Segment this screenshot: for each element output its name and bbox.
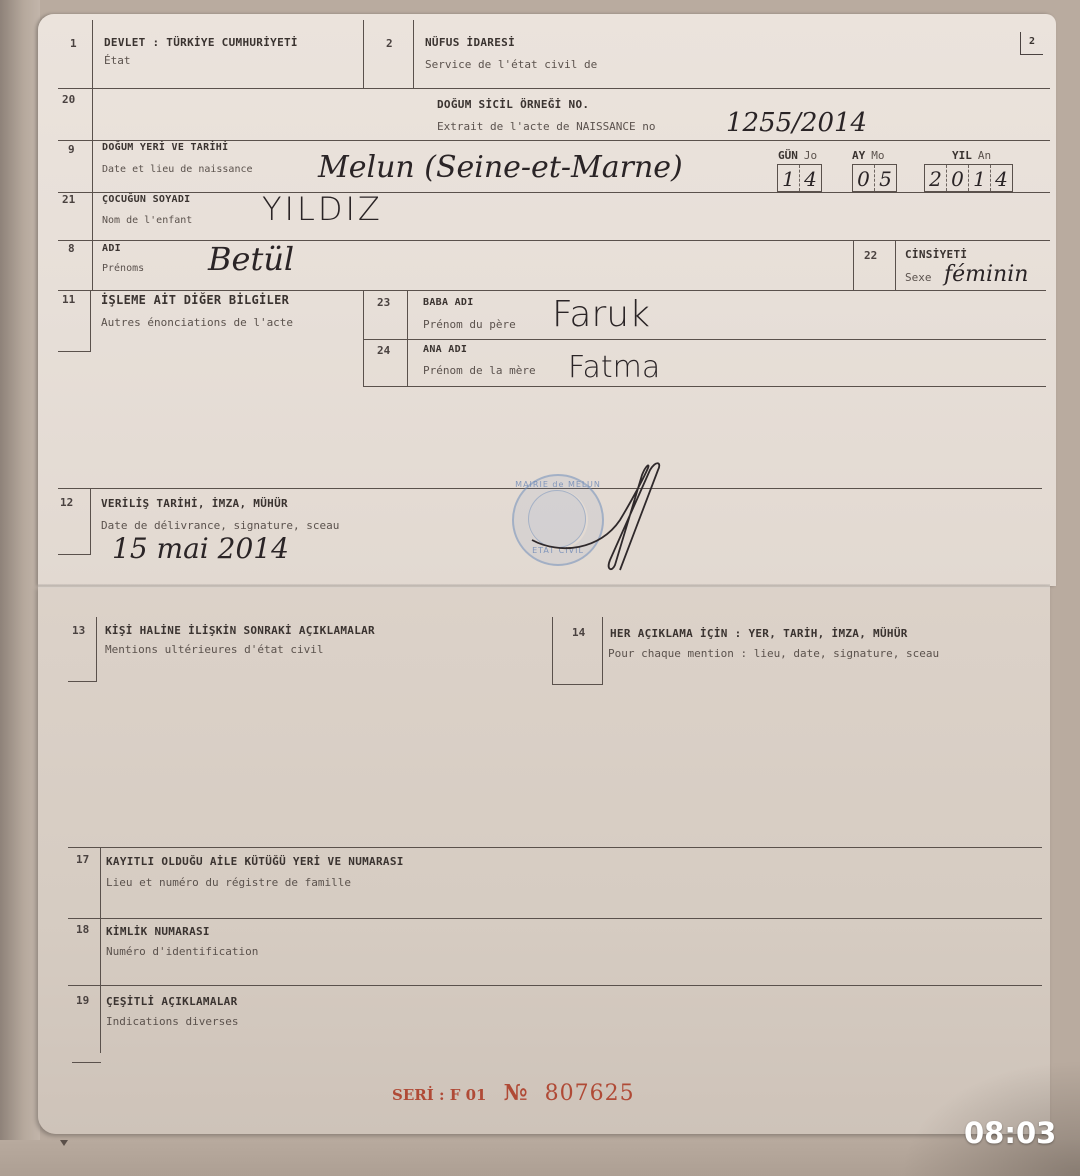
field-9-number: 9 bbox=[68, 143, 75, 156]
field-20-extract-number: 1255/2014 bbox=[726, 108, 867, 138]
field-12-number: 12 bbox=[60, 496, 73, 509]
rule bbox=[363, 20, 364, 88]
signature-icon bbox=[520, 460, 670, 575]
field-9-birth-label-fr: Date et lieu de naissance bbox=[102, 164, 253, 175]
field-8-firstname-label-fr: Prénoms bbox=[102, 263, 144, 274]
field-17-family-register-label-fr: Lieu et numéro du régistre de famille bbox=[106, 876, 351, 889]
field-22-sex-value: féminin bbox=[944, 262, 1028, 287]
field-14-number: 14 bbox=[572, 626, 585, 639]
field-12-issue-label-fr: Date de délivrance, signature, sceau bbox=[101, 519, 339, 532]
field-2-registry-label-fr: Service de l'état civil de bbox=[425, 58, 597, 71]
field-24-mother-label-tr: ANA ADI bbox=[423, 344, 467, 355]
birth-day-digit: 4 bbox=[800, 165, 821, 191]
rule bbox=[58, 290, 1046, 291]
rule bbox=[413, 20, 414, 88]
field-8-firstname-label-tr: ADI bbox=[102, 243, 121, 254]
serial-number: SERİ : F 01 № 807625 bbox=[392, 1080, 635, 1106]
field-9-birth-label-tr: DOĞUM YERİ VE TARİHİ bbox=[102, 142, 228, 153]
paper-mark bbox=[60, 1140, 68, 1146]
field-19-misc-label-fr: Indications diverses bbox=[106, 1015, 238, 1028]
numero-sign-icon: № bbox=[504, 1080, 528, 1106]
field-22-number: 22 bbox=[864, 249, 877, 262]
field-19-number: 19 bbox=[76, 994, 89, 1007]
rule bbox=[363, 339, 1046, 340]
birth-month-box: 0 5 bbox=[852, 164, 897, 192]
field-1-state-label-fr: État bbox=[104, 54, 131, 67]
birth-month-digit: 5 bbox=[875, 165, 896, 191]
field-21-surname-label-fr: Nom de l'enfant bbox=[102, 215, 192, 226]
field-20-number: 20 bbox=[62, 93, 75, 106]
birth-month-digit: 0 bbox=[853, 165, 875, 191]
field-23-number: 23 bbox=[377, 296, 390, 309]
rule bbox=[552, 684, 603, 685]
field-14-per-mention-label-tr: HER AÇIKLAMA İÇİN : YER, TARİH, İMZA, MÜ… bbox=[610, 627, 908, 640]
field-8-firstname-value: Betül bbox=[208, 240, 294, 278]
rule bbox=[92, 140, 93, 192]
paper-fold bbox=[38, 584, 1050, 588]
rule bbox=[58, 192, 1050, 193]
rule bbox=[72, 1062, 101, 1063]
rule bbox=[407, 290, 408, 386]
field-23-father-value: Faruk bbox=[552, 294, 650, 335]
field-21-surname-value: YILDIZ bbox=[262, 190, 383, 228]
field-19-misc-label-tr: ÇEŞİTLİ AÇIKLAMALAR bbox=[106, 995, 238, 1008]
birth-year-box: 2 0 1 4 bbox=[924, 164, 1013, 192]
field-17-number: 17 bbox=[76, 853, 89, 866]
serial-value: 807625 bbox=[545, 1081, 635, 1106]
field-20-extract-label-fr: Extrait de l'acte de NAISSANCE no bbox=[437, 120, 656, 133]
rule bbox=[363, 290, 364, 386]
field-17-family-register-label-tr: KAYITLI OLDUĞU AİLE KÜTÜĞÜ YERİ VE NUMAR… bbox=[106, 855, 404, 868]
field-13-number: 13 bbox=[72, 624, 85, 637]
serial-label: SERİ : F 01 bbox=[392, 1086, 486, 1104]
rule bbox=[853, 240, 854, 290]
birth-year-digit: 1 bbox=[969, 165, 991, 191]
field-8-number: 8 bbox=[68, 242, 75, 255]
year-label: YILAn bbox=[952, 149, 991, 162]
month-label: AYMo bbox=[852, 149, 885, 162]
field-22-sex-label-tr: CİNSİYETİ bbox=[905, 248, 967, 261]
field-21-surname-label-tr: ÇOCUĞUN SOYADI bbox=[102, 194, 191, 205]
rule bbox=[68, 918, 1042, 919]
field-24-number: 24 bbox=[377, 344, 390, 357]
field-18-id-number-label-fr: Numéro d'identification bbox=[106, 945, 258, 958]
field-12-issue-date: 15 mai 2014 bbox=[112, 532, 289, 565]
rule bbox=[92, 88, 93, 140]
rule bbox=[90, 488, 91, 554]
field-22-sex-label-fr: Sexe bbox=[905, 271, 932, 284]
birth-day-digit: 1 bbox=[778, 165, 800, 191]
field-18-id-number-label-tr: KİMLİK NUMARASI bbox=[106, 925, 210, 938]
field-2-number: 2 bbox=[386, 37, 393, 50]
field-24-mother-label-fr: Prénom de la mère bbox=[423, 364, 536, 377]
field-11-other-label-tr: İŞLEME AİT DİĞER BİLGİLER bbox=[101, 293, 289, 307]
field-1-number: 1 bbox=[70, 37, 77, 50]
rule bbox=[92, 20, 93, 88]
rule bbox=[58, 240, 1050, 241]
field-24-mother-value: Fatma bbox=[568, 350, 660, 385]
rule bbox=[552, 617, 553, 684]
field-9-birth-place: Melun (Seine-et-Marne) bbox=[318, 150, 683, 185]
rule bbox=[602, 617, 603, 684]
rule bbox=[58, 140, 1050, 141]
field-23-father-label-tr: BABA ADI bbox=[423, 297, 474, 308]
field-2-registry-label-tr: NÜFUS İDARESİ bbox=[425, 36, 515, 49]
birth-day-box: 1 4 bbox=[777, 164, 822, 192]
field-13-mentions-label-tr: KİŞİ HALİNE İLİŞKİN SONRAKİ AÇIKLAMALAR bbox=[105, 624, 375, 637]
field-1-state-label-tr: DEVLET : TÜRKİYE CUMHURİYETİ bbox=[104, 36, 298, 49]
rule bbox=[92, 240, 93, 290]
background-left bbox=[0, 0, 40, 1176]
corner-mark: 2 bbox=[1020, 32, 1043, 55]
rule bbox=[68, 681, 97, 682]
field-13-mentions-label-fr: Mentions ultérieures d'état civil bbox=[105, 643, 324, 656]
rule bbox=[58, 554, 91, 555]
field-14-per-mention-label-fr: Pour chaque mention : lieu, date, signat… bbox=[608, 647, 939, 660]
rule bbox=[68, 847, 1042, 848]
rule bbox=[363, 386, 1046, 387]
overlay-clock: 08:03 bbox=[964, 1116, 1056, 1150]
field-11-number: 11 bbox=[62, 293, 75, 306]
rule bbox=[96, 617, 97, 681]
field-23-father-label-fr: Prénom du père bbox=[423, 318, 516, 331]
day-label: GÜNJo bbox=[778, 149, 817, 162]
rule bbox=[92, 192, 93, 240]
rule bbox=[100, 847, 101, 1053]
field-12-issue-label-tr: VERİLİŞ TARİHİ, İMZA, MÜHÜR bbox=[101, 497, 288, 510]
birth-year-digit: 4 bbox=[991, 165, 1012, 191]
field-21-number: 21 bbox=[62, 193, 75, 206]
rule bbox=[895, 240, 896, 290]
birth-year-digit: 2 bbox=[925, 165, 947, 191]
rule bbox=[58, 88, 1050, 89]
rule bbox=[90, 290, 91, 352]
field-11-other-label-fr: Autres énonciations de l'acte bbox=[101, 316, 293, 329]
field-20-extract-label-tr: DOĞUM SİCİL ÖRNEĞİ NO. bbox=[437, 98, 589, 111]
birth-year-digit: 0 bbox=[947, 165, 969, 191]
field-18-number: 18 bbox=[76, 923, 89, 936]
rule bbox=[68, 985, 1042, 986]
rule bbox=[58, 351, 91, 352]
